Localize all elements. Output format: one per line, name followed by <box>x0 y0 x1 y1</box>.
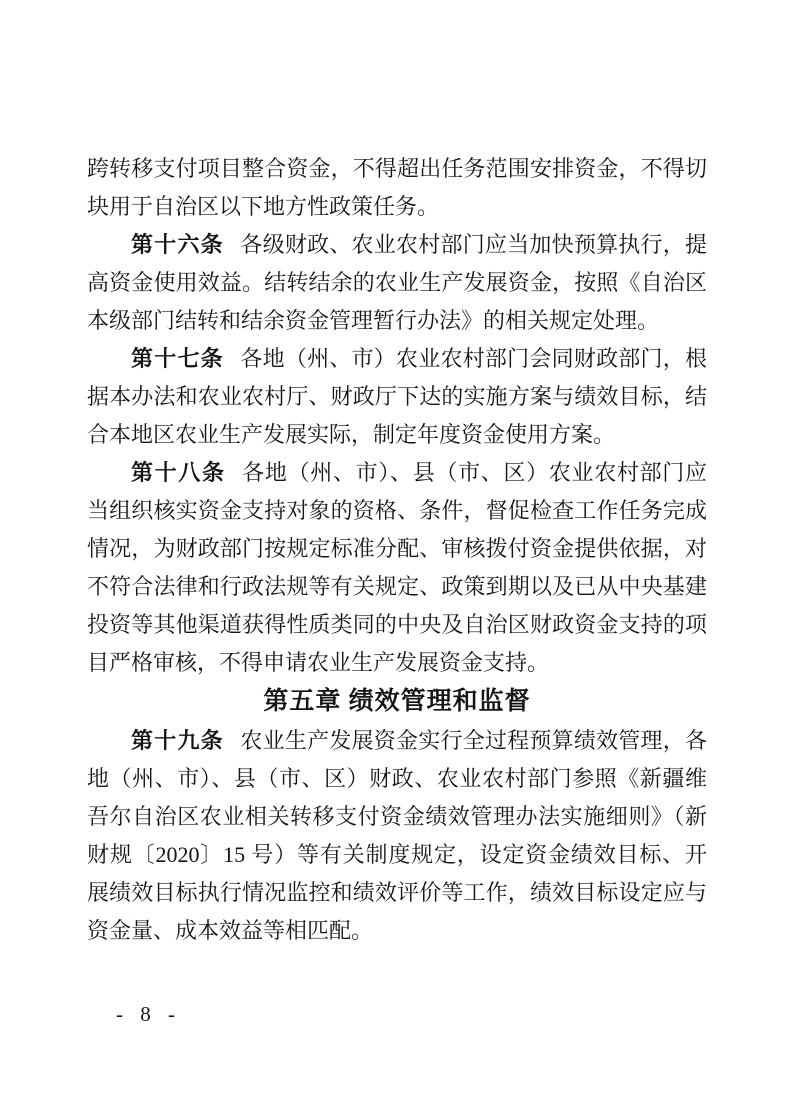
article-16-paragraph: 第十六条各级财政、农业农村部门应当加快预算执行，提高资金使用效益。结转结余的农业… <box>87 226 707 340</box>
document-body: 跨转移支付项目整合资金，不得超出任务范围安排资金，不得切块用于自治区以下地方性政… <box>87 150 707 950</box>
article-16-number: 第十六条 <box>131 232 224 257</box>
article-17-paragraph: 第十七条各地（州、市）农业农村部门会同财政部门，根据本办法和农业农村厅、财政厅下… <box>87 340 707 454</box>
paragraph-continuation: 跨转移支付项目整合资金，不得超出任务范围安排资金，不得切块用于自治区以下地方性政… <box>87 150 707 226</box>
article-19-number: 第十九条 <box>131 728 224 753</box>
article-18-number: 第十八条 <box>131 460 226 485</box>
document-page: 跨转移支付项目整合资金，不得超出任务范围安排资金，不得切块用于自治区以下地方性政… <box>0 0 790 1120</box>
article-19-text: 农业生产发展资金实行全过程预算绩效管理，各地（州、市）、县（市、区）财政、农业农… <box>87 728 707 943</box>
article-19-paragraph: 第十九条农业生产发展资金实行全过程预算绩效管理，各地（州、市）、县（市、区）财政… <box>87 722 707 950</box>
article-18-text: 各地（州、市）、县（市、区）农业农村部门应当组织核实资金支持对象的资格、条件，督… <box>87 460 707 675</box>
paragraph-text: 跨转移支付项目整合资金，不得超出任务范围安排资金，不得切块用于自治区以下地方性政… <box>87 156 707 219</box>
article-18-paragraph: 第十八条各地（州、市）、县（市、区）农业农村部门应当组织核实资金支持对象的资格、… <box>87 454 707 682</box>
article-17-number: 第十七条 <box>131 346 224 371</box>
chapter-5-heading: 第五章 绩效管理和监督 <box>87 682 707 722</box>
page-number: - 8 - <box>116 1002 181 1027</box>
